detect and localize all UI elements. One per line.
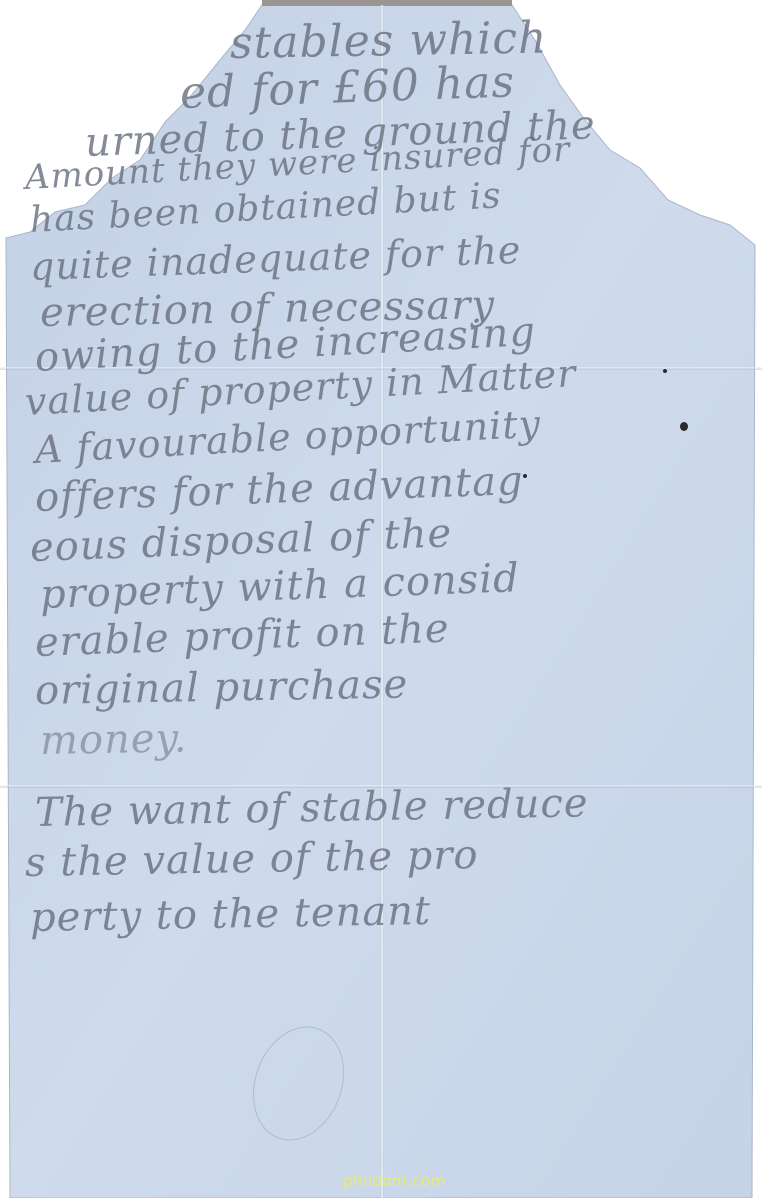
ink-blot: [680, 422, 688, 431]
text-line: perty to the tenant: [30, 888, 432, 941]
text-line: original purchase: [35, 661, 409, 714]
ink-blot: [523, 474, 527, 478]
text-line: s the value of the pro: [25, 832, 479, 886]
letter-sheet: stables which ed for £60 has urned to th…: [0, 0, 762, 1198]
ink-blot: [663, 369, 667, 373]
text-line: The want of stable reduce: [35, 780, 589, 836]
text-line: money.: [40, 715, 188, 764]
handwritten-text: stables which ed for £60 has urned to th…: [0, 0, 762, 1198]
watermark-text: phildom.com: [343, 1172, 446, 1190]
